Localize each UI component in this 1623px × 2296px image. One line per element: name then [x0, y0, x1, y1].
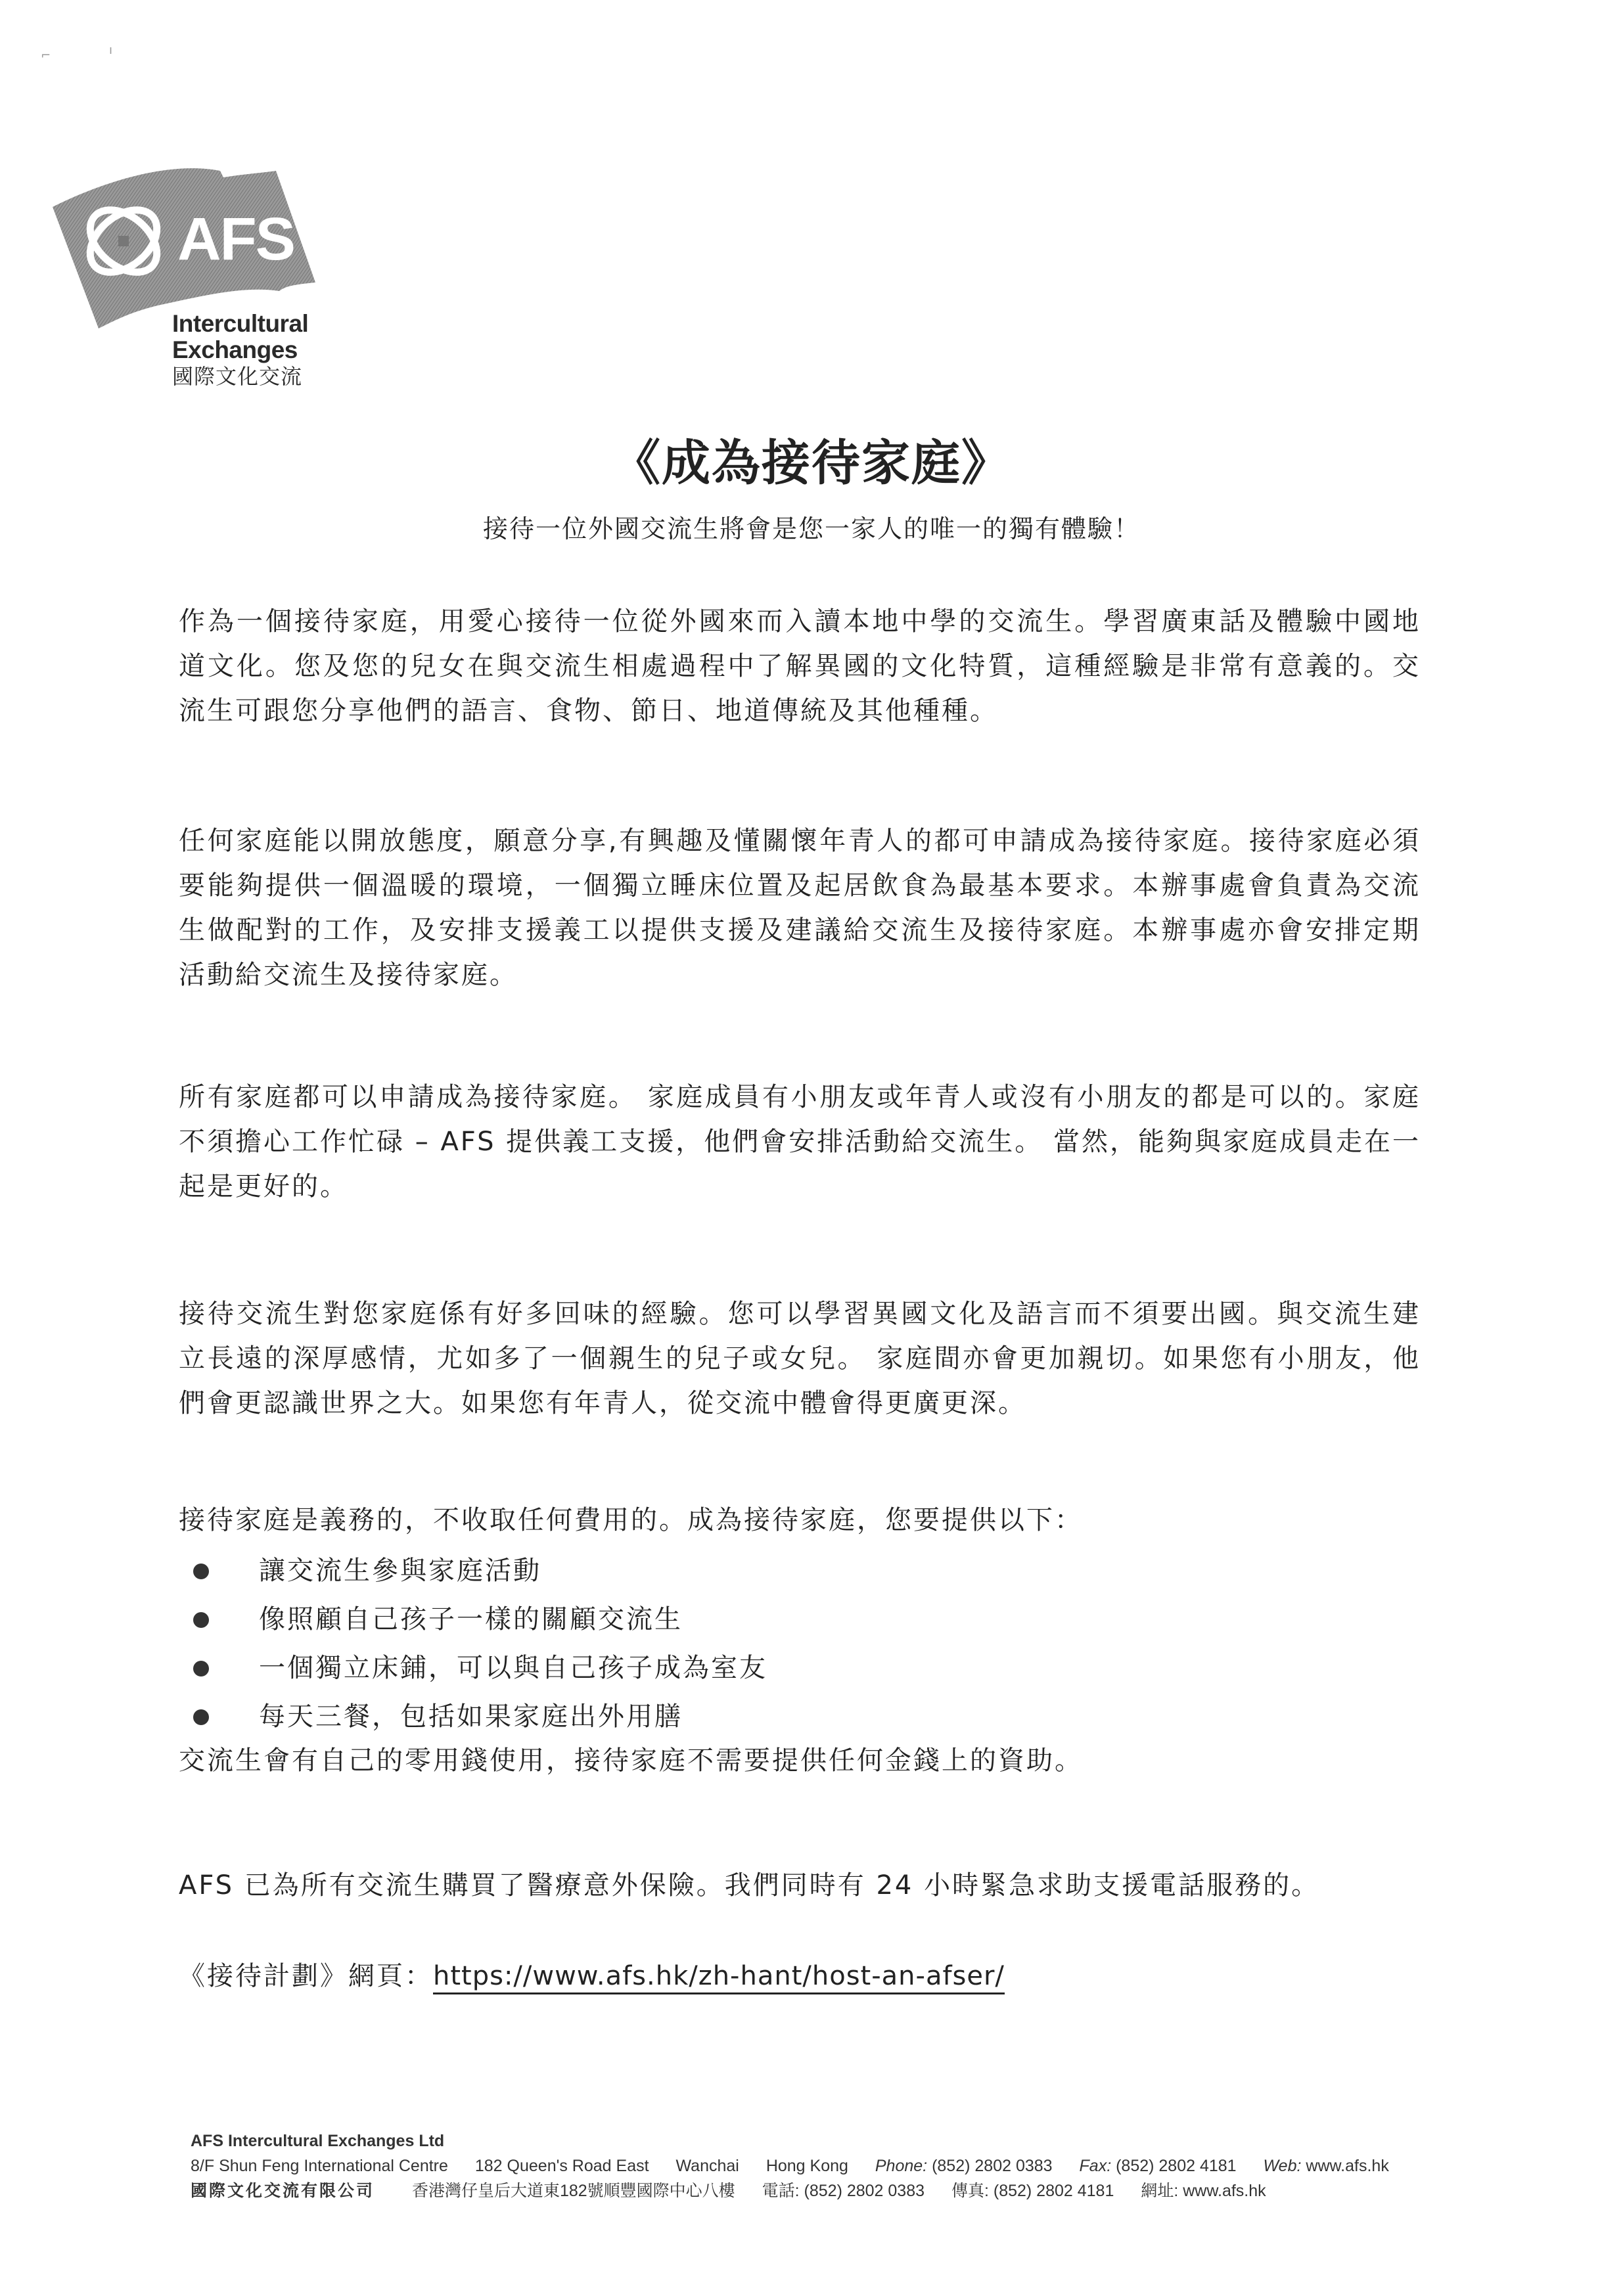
bullet-icon	[193, 1612, 209, 1628]
letterhead-footer: AFS Intercultural Exchanges Ltd 8/F Shun…	[191, 2128, 1426, 2203]
footer-fax-zh: 傳真: (852) 2802 4181	[951, 2182, 1114, 2200]
afs-logo: AFS Intercultural Exchanges 國際文化交流	[46, 141, 335, 391]
paragraph-all-families: 所有家庭都可以申請成為接待家庭。 家庭成員有小朋友或年青人或沒有小朋友的都是可以…	[179, 1075, 1421, 1209]
scan-artifact: ⌐	[41, 49, 51, 62]
allowance-note: 交流生會有自己的零用錢使用，接待家庭不需要提供任何金錢上的資助。	[179, 1738, 1421, 1783]
logo-name-en: Intercultural Exchanges	[172, 311, 308, 363]
footer-company-zh: 國際文化交流有限公司	[191, 2182, 375, 2200]
paragraph-eligibility: 任何家庭能以開放態度，願意分享,有興趣及懂關懷年青人的都可申請成為接待家庭。接待…	[179, 819, 1421, 997]
footer-web: Web: www.afs.hk	[1264, 2157, 1389, 2175]
scan-artifact: ı	[109, 43, 112, 57]
afs-flag-icon: AFS	[46, 141, 335, 338]
footer-phone-zh: 電話: (852) 2802 0383	[762, 2182, 925, 2200]
list-item: 像照顧自己孩子一樣的關顧交流生	[179, 1595, 1421, 1644]
footer-address-zh: 香港灣仔皇后大道東182號順豐國際中心八樓	[412, 2182, 735, 2200]
requirements-intro: 接待家庭是義務的，不收取任何費用的。成為接待家庭，您要提供以下：	[179, 1498, 1421, 1542]
bullet-icon	[193, 1709, 209, 1725]
paragraph-benefits: 接待交流生對您家庭係有好多回味的經驗。您可以學習異國文化及語言而不須要出國。與交…	[179, 1292, 1421, 1426]
footer-phone: Phone: (852) 2802 0383	[875, 2157, 1053, 2175]
footer-zh: 國際文化交流有限公司 香港灣仔皇后大道東182號順豐國際中心八樓 電話: (85…	[191, 2178, 1426, 2203]
list-item: 一個獨立床鋪，可以與自己孩子成為室友	[179, 1644, 1421, 1692]
logo-name-zh: 國際文化交流	[172, 365, 302, 388]
footer-address-en: 8/F Shun Feng International Centre 182 Q…	[191, 2153, 1426, 2178]
requirements-list: 讓交流生參與家庭活動 像照顧自己孩子一樣的關顧交流生 一個獨立床鋪，可以與自己孩…	[179, 1546, 1421, 1741]
insurance-statement: AFS 已為所有交流生購買了醫療意外保險。我們同時有 24 小時緊急求助支援電話…	[179, 1863, 1421, 1908]
list-item: 每天三餐，包括如果家庭出外用膳	[179, 1692, 1421, 1741]
bullet-icon	[193, 1661, 209, 1677]
footer-fax: Fax: (852) 2802 4181	[1080, 2157, 1237, 2175]
paragraph-intro: 作為一個接待家庭，用愛心接待一位從外國來而入讀本地中學的交流生。學習廣東話及體驗…	[179, 599, 1421, 733]
requirements-section: 接待家庭是義務的，不收取任何費用的。成為接待家庭，您要提供以下： 讓交流生參與家…	[179, 1498, 1421, 1783]
page-subtitle: 接待一位外國交流生將會是您一家人的唯一的獨有體驗！	[0, 512, 1623, 545]
bullet-icon	[193, 1564, 209, 1579]
host-program-link[interactable]: https://www.afs.hk/zh-hant/host-an-afser…	[433, 1961, 1005, 1994]
webpage-label: 《接待計劃》網頁：	[179, 1961, 433, 1991]
footer-web-zh: 網址: www.afs.hk	[1141, 2182, 1266, 2200]
footer-company-en: AFS Intercultural Exchanges Ltd	[191, 2128, 1426, 2153]
webpage-line: 《接待計劃》網頁：https://www.afs.hk/zh-hant/host…	[179, 1954, 1421, 1998]
afs-brand-text: AFS	[177, 206, 294, 273]
page-title: 《成為接待家庭》	[0, 430, 1623, 496]
list-item: 讓交流生參與家庭活動	[179, 1546, 1421, 1595]
